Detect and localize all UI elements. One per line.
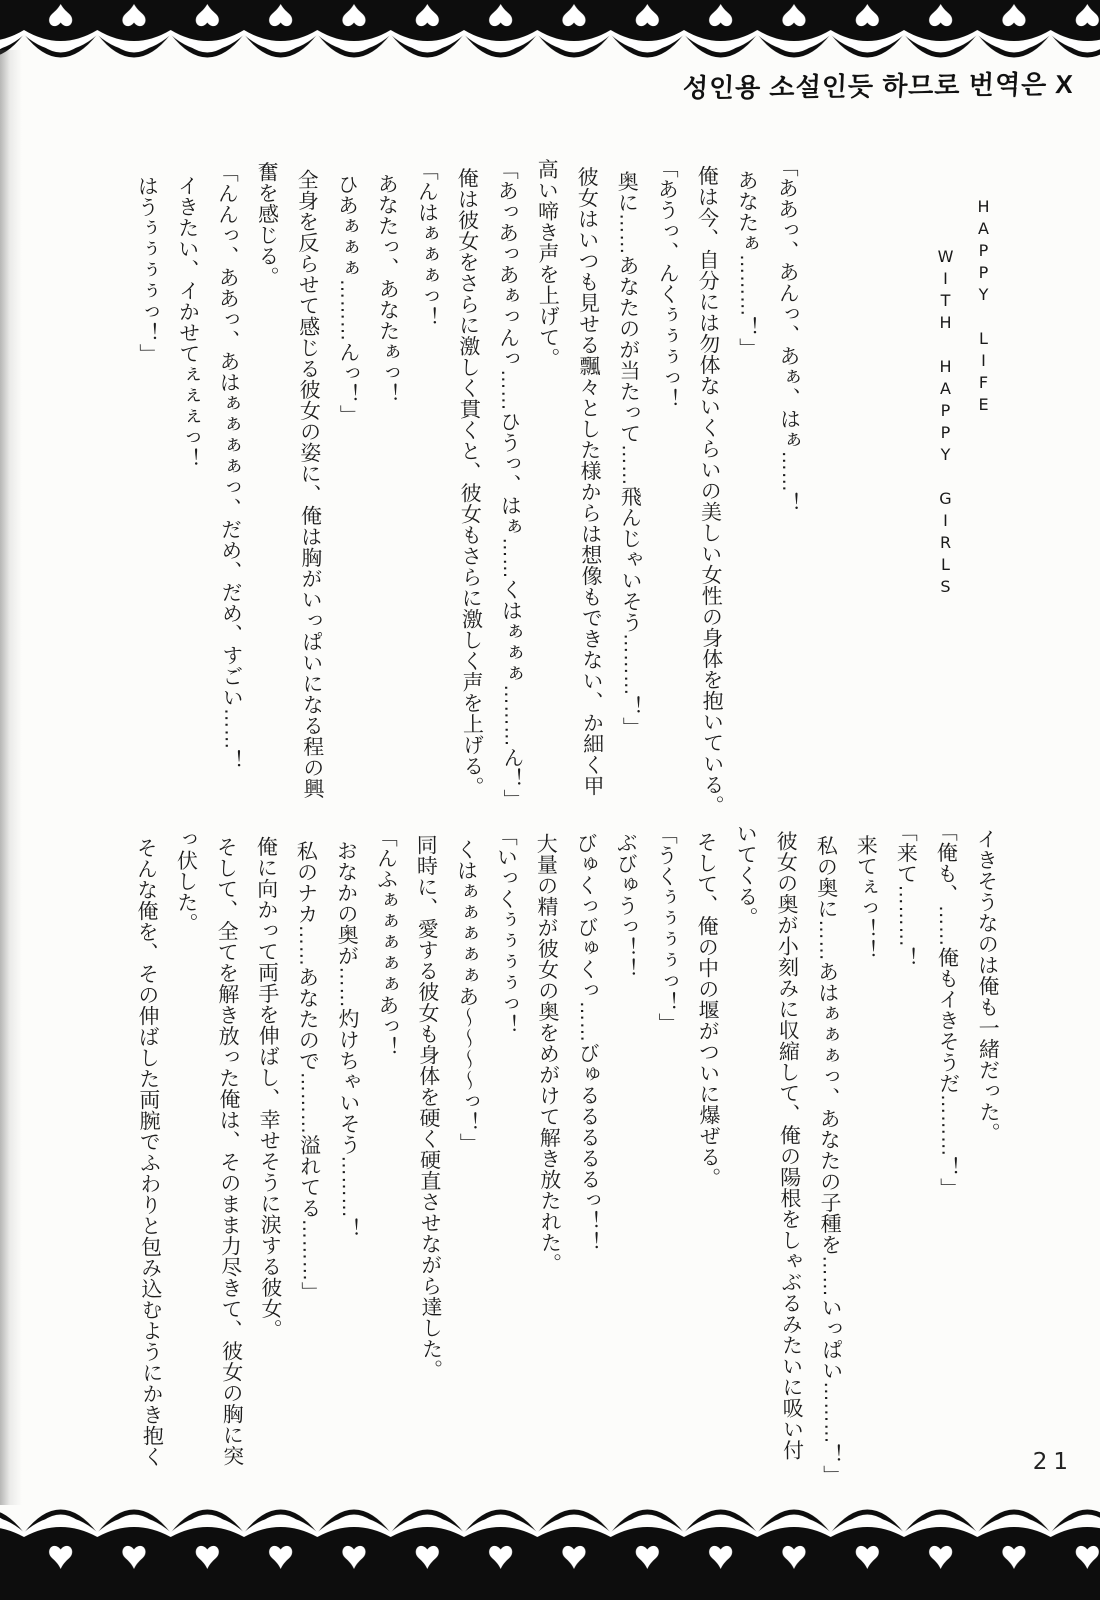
text-column: 奮を感じる。 — [246, 161, 292, 826]
text-column: 「俺も、……俺もイきそうだ………！」 — [925, 820, 972, 1505]
text-column: 奥に……あなたのが当たって……飛んじゃいそう………！」 — [606, 158, 652, 823]
text-column: 彼女はいつも見せる飄々とした様からは想像もできない、か細く甲 — [566, 158, 612, 823]
text-column: びゅくっびゅくっ……びゅるるるるるっ！！ — [565, 824, 612, 1509]
text-column: ひあぁぁぁ………んっ！」 — [326, 160, 372, 825]
text-column: はうぅぅぅぅっ！」 — [126, 162, 172, 827]
text-column: 「んはぁぁぁっ！ — [406, 159, 452, 824]
text-column: 「あっあっあぁっんっ……ひうっ、はぁ……くはぁぁぁ………ん！」 — [486, 159, 532, 824]
text-column: いてくる。 — [725, 823, 772, 1508]
lace-border-top — [0, 0, 1100, 60]
translator-note: 성인용 소설인듯 하므로 번역은 X — [682, 64, 1074, 105]
text-column: ぶびゅうっ！！ — [605, 824, 652, 1509]
text-column: 彼女の奥が小刻みに収縮して、俺の陽根をしゃぶるみたいに吸い付 — [765, 822, 812, 1507]
text-column: 「あうっ、んくぅぅぅっ！ — [646, 157, 692, 822]
lace-border-bottom — [0, 1495, 1100, 1600]
text-column: っ伏した。 — [165, 828, 212, 1513]
text-column: 全身を反らせて感じる彼女の姿に、俺は胸がいっぱいになる程の興 — [286, 161, 332, 826]
text-column: おなかの奥が……灼けちゃいそう………！ — [325, 827, 372, 1512]
text-column: イきそうなのは俺も一緒だった。 — [965, 820, 1012, 1505]
text-column: 「んふぁぁぁぁぁあっ！ — [365, 826, 412, 1511]
text-column: あなたっ、あなたぁっ！ — [366, 160, 412, 825]
scanned-doujin-page: 성인용 소설인듯 하므로 번역은 X HAPPY LIFE WITH HAPPY… — [0, 0, 1100, 1600]
text-column: イきたい、イかせてぇぇぇっ！ — [166, 162, 212, 827]
text-column: 高い啼き声を上げて。 — [526, 158, 572, 823]
text-column: 「ああっ、あんっ、あぁ、はぁ……！ — [766, 156, 812, 821]
story-block-upper: 「ああっ、あんっ、あぁ、はぁ……！あなたぁ………！」俺は今、自分には勿体ないくら… — [126, 156, 812, 827]
text-column: 同時に、愛する彼女も身体を硬く硬直させながら達した。 — [405, 826, 452, 1511]
text-column: そんな俺を、その伸ばした両腕でふわりと包み込むようにかき抱く — [125, 829, 172, 1514]
text-column: 来てぇっ！！ — [845, 821, 892, 1506]
scan-edge-shadow — [0, 50, 22, 1505]
story-block-lower: イきそうなのは俺も一緒だった。「俺も、……俺もイきそうだ………！」「来て………！… — [125, 820, 1012, 1514]
text-column: そして、全てを解き放った俺は、そのまま力尽きて、彼女の胸に突 — [205, 828, 252, 1513]
page-number: 21 — [1033, 1449, 1074, 1475]
title-line-1: HAPPY LIFE — [974, 197, 993, 417]
text-column: あなたぁ………！」 — [726, 156, 772, 821]
text-column: 俺に向かって両手を伸ばし、幸せそうに涙する彼女。 — [245, 828, 292, 1513]
text-column: 私の奥に……あはぁぁぁっ、あなたの子種を……いっぱい………！」 — [805, 822, 852, 1507]
text-column: そして、俺の中の堰がついに爆ぜる。 — [685, 823, 732, 1508]
text-column: 大量の精が彼女の奥をめがけて解き放たれた。 — [525, 825, 572, 1510]
text-column: 俺は彼女をさらに激しく貫くと、彼女もさらに激しく声を上げる。 — [446, 159, 492, 824]
text-column: 「うくぅぅぅぅっ！」 — [645, 823, 692, 1508]
text-column: 「来て………！ — [885, 821, 932, 1506]
text-column: 俺は今、自分には勿体ないくらいの美しい女性の身体を抱いている。 — [686, 157, 732, 822]
text-column: くはぁぁぁぁぁあ～～～～っ！」 — [445, 825, 492, 1510]
text-column: 「んんっ、ああっ、あはぁぁぁぁっ、だめ、だめ、すごい……！ — [206, 161, 252, 826]
text-column: 私のナカ……あなたので………溢れてる………」 — [285, 827, 332, 1512]
text-column: 「いっくぅぅぅぅっ！ — [485, 825, 532, 1510]
title-line-2: WITH HAPPY GIRLS — [936, 247, 955, 599]
